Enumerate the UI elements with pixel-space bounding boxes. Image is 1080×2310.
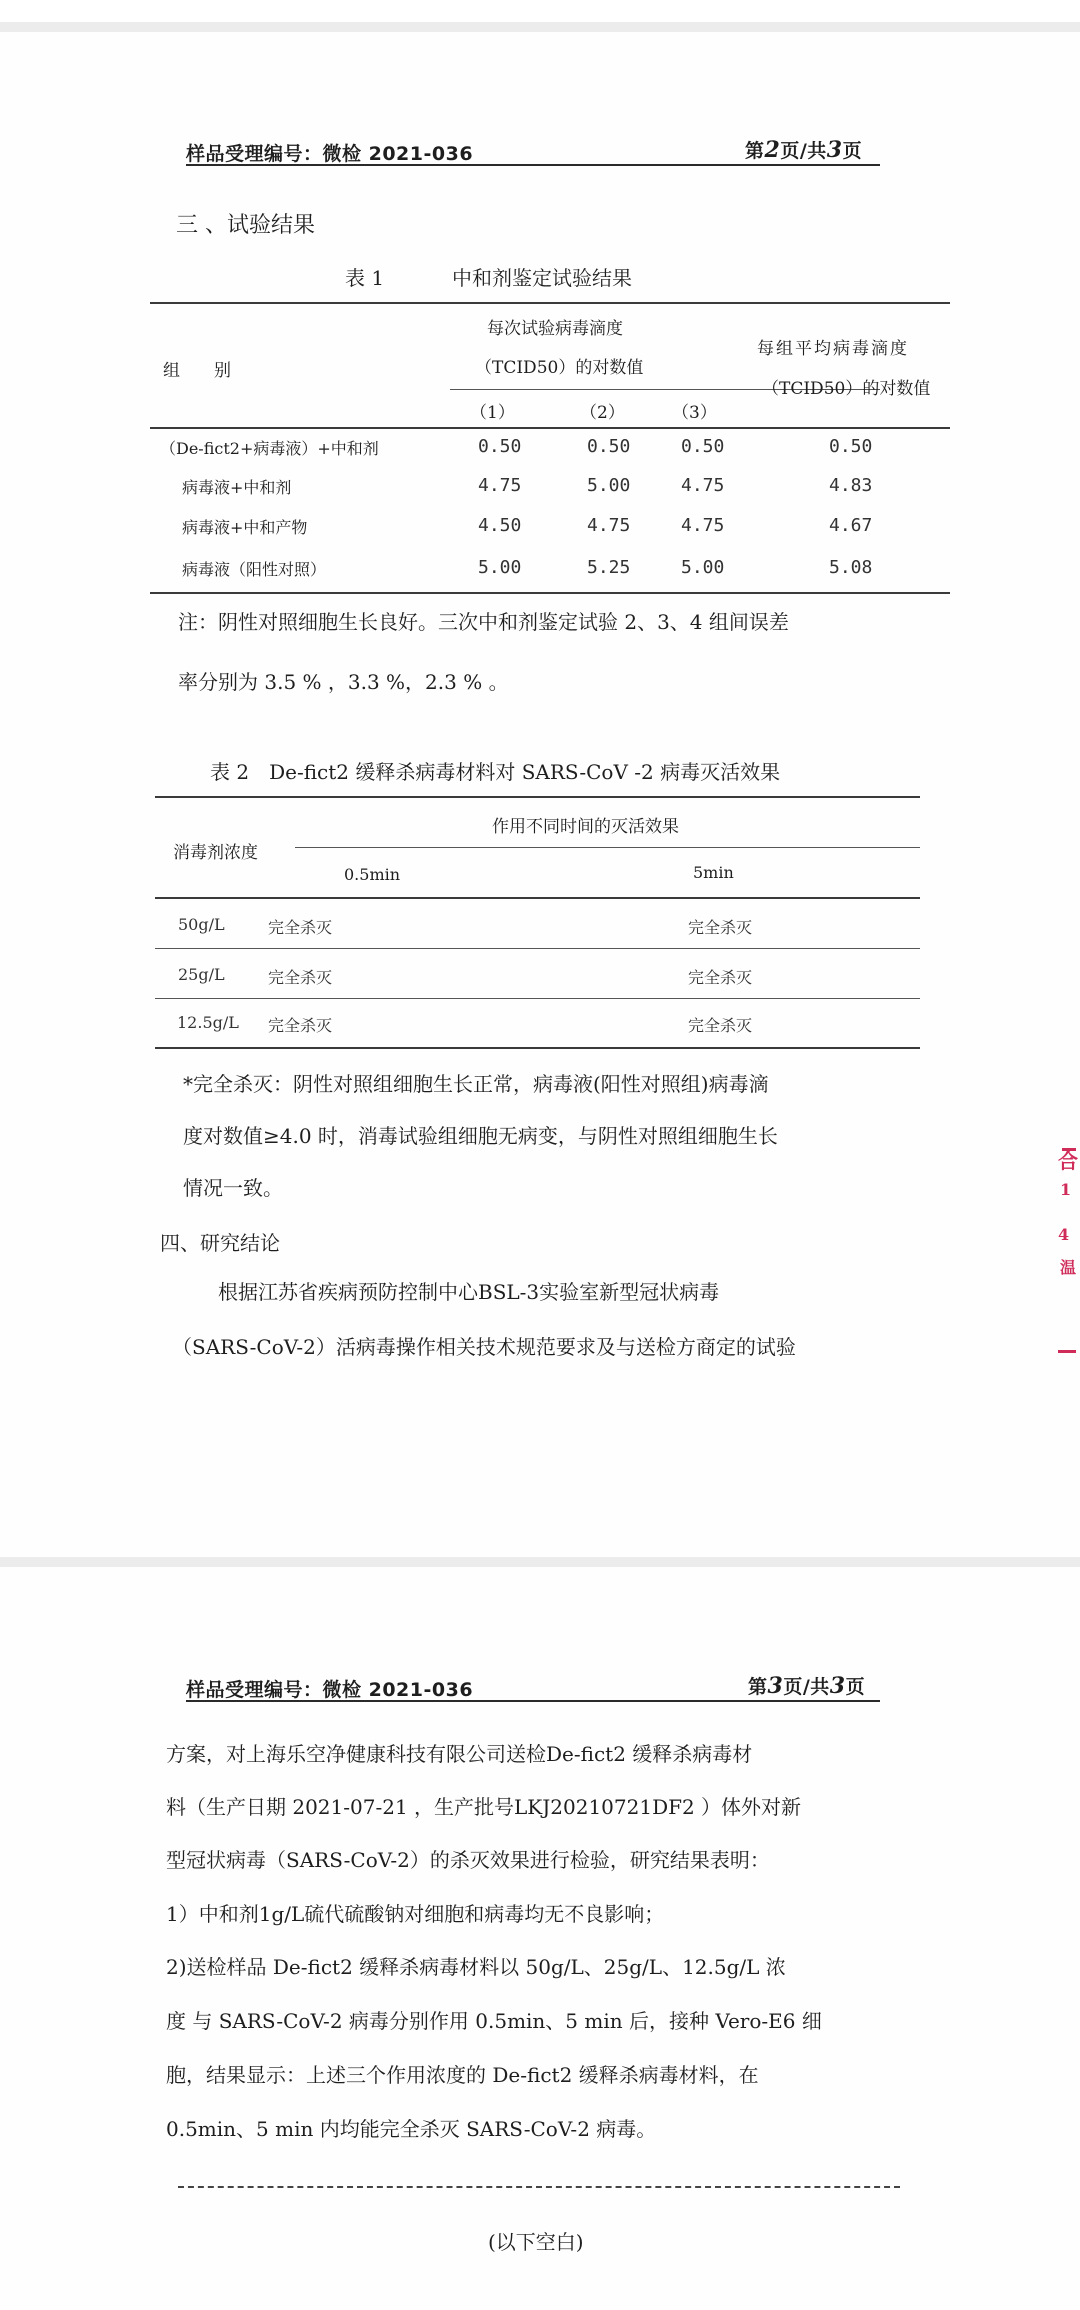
row-average: 0.50 [829,436,872,457]
stamp-char: 1 [1060,1180,1071,1199]
header-underline [186,164,880,166]
table-1-note-line2: 率分别为 3.5 % ，3.3 %，2.3 % 。 [178,666,509,695]
table-2-top-rule [155,796,920,798]
stamp-mark [1058,1350,1076,1353]
conclusion-paragraph-line2: （SARS-CoV-2）活病毒操作相关技术规范要求及与送检方商定的试验 [172,1331,796,1360]
col-header-concentration: 消毒剂浓度 [173,838,258,863]
row-group: 病毒液+中和产物 [182,515,307,538]
col-header-0.5min: 0.5min [344,865,400,884]
body-line: 型冠状病毒（SARS-CoV-2）的杀灭效果进行检验，研究结果表明： [166,1844,770,1873]
table-1-top-rule [150,302,950,304]
col-header-group: 组 别 [163,356,231,381]
row-group: 病毒液（阳性对照） [182,557,326,580]
table-2-sub-rule [295,847,920,848]
body-line: 0.5min、5 min 内均能完全杀灭 SARS-CoV-2 病毒。 [166,2113,656,2142]
section-4-title: 四、研究结论 [160,1227,280,1256]
row-divider [155,948,920,949]
page-suffix: 页 [843,140,863,162]
stamp-mark [1062,1148,1076,1151]
row-result-5min: 完全杀灭 [688,1013,752,1036]
col-header-trial-3: （3） [672,398,717,423]
conclusion-paragraph-line1: 根据江苏省疾病预防控制中心BSL-3实验室新型冠状病毒 [218,1276,719,1305]
row-value-3: 4.75 [681,515,724,536]
document-page-2 [0,32,1080,1557]
table-2-note-line3: 情况一致。 [183,1172,283,1201]
row-value-2: 5.25 [587,557,630,578]
row-value-3: 5.00 [681,557,724,578]
row-result-0.5min: 完全杀灭 [268,965,332,988]
page-suffix: 页 [846,1676,866,1698]
row-value-1: 0.50 [478,436,521,457]
handwritten-page-number: 3 [768,1673,784,1699]
col-header-trial-line1: 每次试验病毒滴度 [487,314,623,339]
page-mid: 页/共 [780,140,826,162]
row-value-2: 4.75 [587,515,630,536]
col-header-trial-line2: （TCID50）的对数值 [475,353,643,378]
handwritten-page-number: 2 [765,137,781,163]
table-2-note-line1: *完全杀灭：阴性对照组细胞生长正常，病毒液(阳性对照组)病毒滴 [183,1068,769,1097]
table-2-note-line2: 度对数值≥4.0 时，消毒试验组细胞无病变，与阴性对照组细胞生长 [183,1120,778,1149]
table-2-header-rule [155,897,920,899]
stamp-char: 温 [1060,1255,1076,1278]
page-separator [0,1557,1080,1567]
row-average: 5.08 [829,557,872,578]
col-header-trial-1: （1） [470,398,515,423]
section-3-title: 三 、试验结果 [176,208,315,239]
row-group: 病毒液+中和剂 [182,475,291,498]
page-indicator: 第2页/共3页 [745,136,862,163]
col-header-avg-line1: 每组平均病毒滴度 [757,334,909,359]
col-header-effect: 作用不同时间的灭活效果 [492,812,679,837]
row-concentration: 50g/L [178,915,225,934]
body-line: 1）中和剂1g/L硫代硫酸钠对细胞和病毒均无不良影响； [166,1898,664,1927]
row-concentration: 12.5g/L [177,1013,239,1032]
row-value-2: 5.00 [587,475,630,496]
body-line: 方案，对上海乐空净健康科技有限公司送检De-fict2 缓释杀病毒材 [166,1738,752,1767]
table-1-caption-number: 表 1 [345,262,384,291]
page-prefix: 第 [748,1676,768,1698]
stamp-char: 4 [1058,1225,1069,1244]
handwritten-total-pages: 3 [830,1673,846,1699]
document-page-3 [0,1567,1080,2310]
page-mid: 页/共 [783,1676,829,1698]
row-result-5min: 完全杀灭 [688,915,752,938]
handwritten-total-pages: 3 [827,137,843,163]
col-header-avg-line2: （TCID50）的对数值 [762,374,930,399]
header-underline [186,1700,880,1702]
sample-number-label: 样品受理编号：微检 2021-036 [186,139,473,166]
sample-number-label: 样品受理编号：微检 2021-036 [186,1675,473,1702]
body-line: 胞，结果显示：上述三个作用浓度的 De-fict2 缓释杀病毒材料，在 [166,2059,759,2088]
body-line: 度 与 SARS-CoV-2 病毒分别作用 0.5min、5 min 后，接种 … [166,2005,822,2034]
table-2-bottom-rule [155,1047,920,1049]
row-value-3: 4.75 [681,475,724,496]
row-result-5min: 完全杀灭 [688,965,752,988]
blank-below-mark: (以下空白) [488,2226,584,2255]
row-average: 4.83 [829,475,872,496]
table-2-caption: 表 2 De-fict2 缓释杀病毒材料对 SARS-CoV -2 病毒灭活效果 [210,756,780,785]
row-value-1: 5.00 [478,557,521,578]
page-prefix: 第 [745,140,765,162]
table-1-bottom-rule [150,592,950,594]
row-divider [155,998,920,999]
row-group: （De-fict2+病毒液）+中和剂 [160,436,379,459]
table-1-caption-title: 中和剂鉴定试验结果 [452,262,632,291]
row-value-1: 4.50 [478,515,521,536]
row-result-0.5min: 完全杀灭 [268,1013,332,1036]
body-line: 2)送检样品 De-fict2 缓释杀病毒材料以 50g/L、25g/L、12.… [166,1951,786,1980]
table-1-note-line1: 注：阴性对照细胞生长良好。三次中和剂鉴定试验 2、3、4 组间误差 [178,606,789,635]
page-separator [0,22,1080,32]
row-value-3: 0.50 [681,436,724,457]
page-indicator: 第3页/共3页 [748,1672,865,1699]
row-concentration: 25g/L [178,965,225,984]
end-dashed-rule [178,2186,900,2188]
row-average: 4.67 [829,515,872,536]
body-line: 料（生产日期 2021-07-21 ，生产批号LKJ20210721DF2 ）体… [166,1791,801,1820]
col-header-trial-2: （2） [580,398,625,423]
row-value-1: 4.75 [478,475,521,496]
row-value-2: 0.50 [587,436,630,457]
table-1-header-rule [150,427,950,429]
col-header-5min: 5min [693,863,734,882]
row-result-0.5min: 完全杀灭 [268,915,332,938]
